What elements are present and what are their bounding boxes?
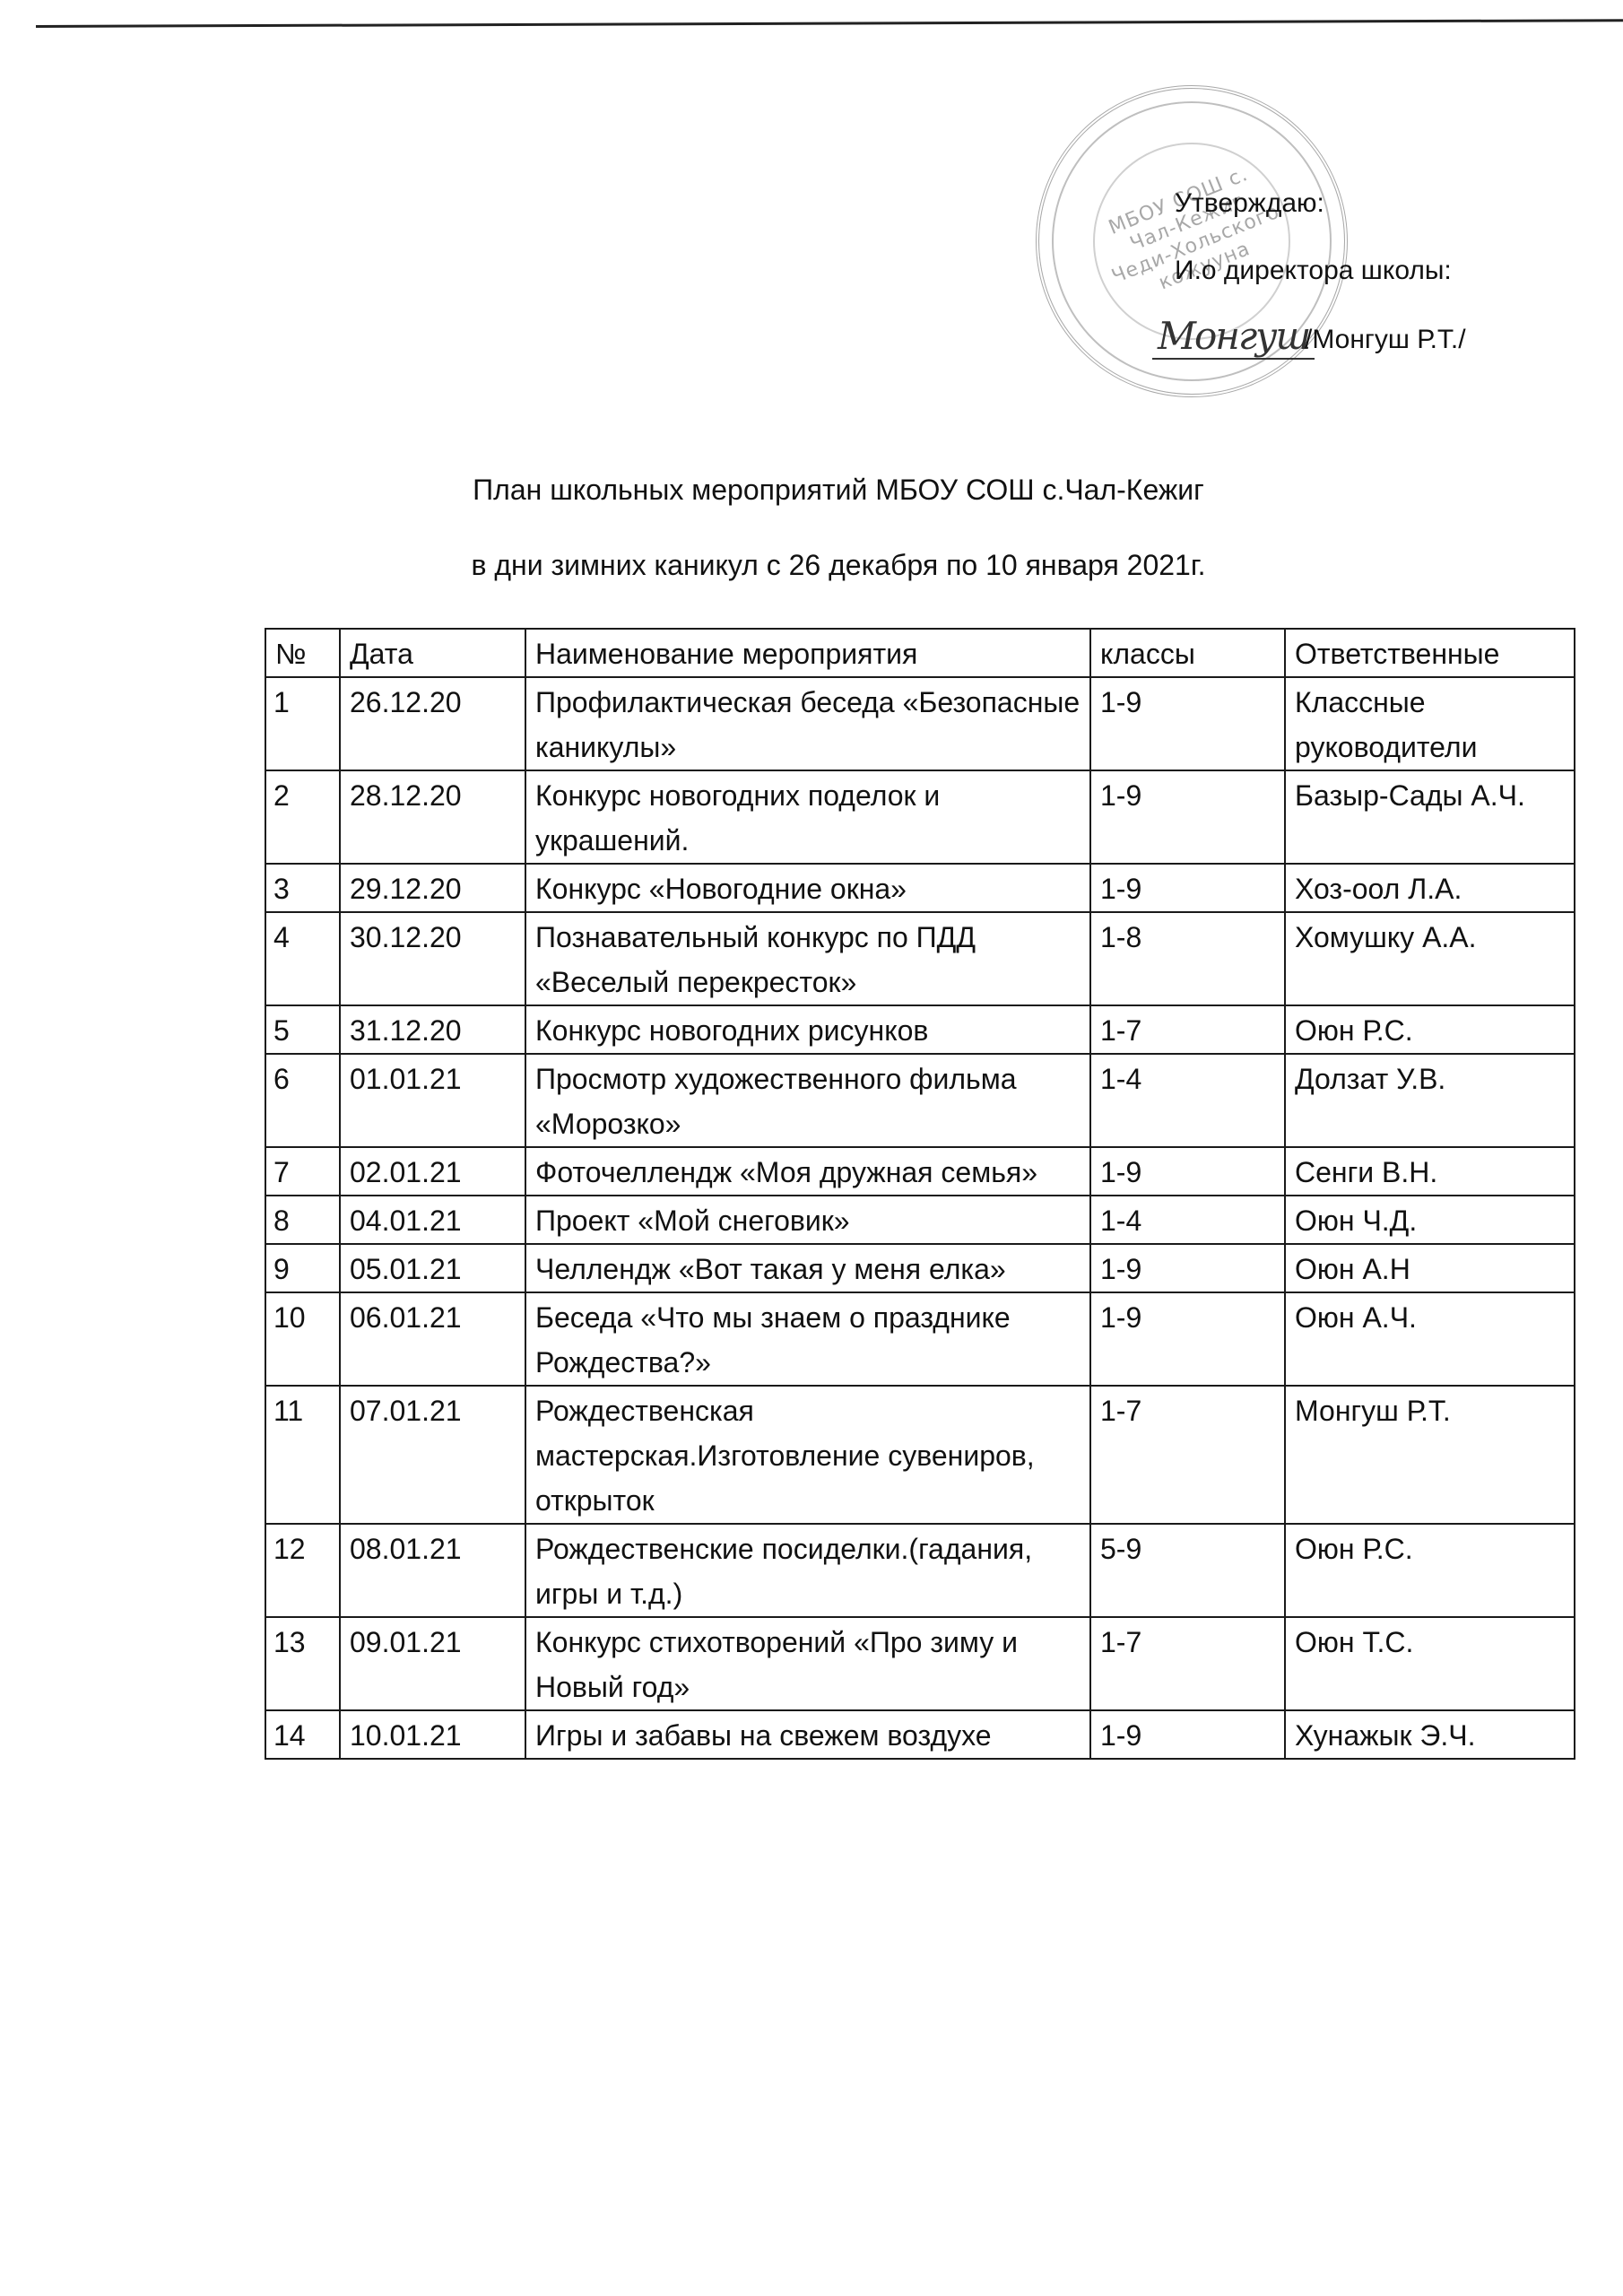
row-event-name: Профилактическая беседа «Безопасные кани… — [525, 677, 1090, 770]
signer-name: /Монгуш Р.Т./ — [1305, 325, 1466, 355]
table-row: 1006.01.21Беседа «Что мы знаем о праздни… — [265, 1292, 1575, 1386]
table-row: 1309.01.21Конкурс стихотворений «Про зим… — [265, 1617, 1575, 1710]
row-responsible: Оюн А.Н — [1285, 1244, 1575, 1292]
row-date: 31.12.20 — [340, 1005, 525, 1054]
row-event-name: Конкурс «Новогодние окна» — [525, 864, 1090, 912]
row-date: 08.01.21 — [340, 1524, 525, 1617]
row-responsible: Оюн А.Ч. — [1285, 1292, 1575, 1386]
row-classes: 1-9 — [1090, 1710, 1285, 1759]
row-classes: 1-7 — [1090, 1005, 1285, 1054]
table-row: 126.12.20Профилактическая беседа «Безопа… — [265, 677, 1575, 770]
row-date: 10.01.21 — [340, 1710, 525, 1759]
row-number: 14 — [265, 1710, 340, 1759]
row-event-name: Конкурс новогодних поделок и украшений. — [525, 770, 1090, 864]
row-classes: 1-9 — [1090, 677, 1285, 770]
row-number: 3 — [265, 864, 340, 912]
row-event-name: Рождественские посиделки.(гадания, игры … — [525, 1524, 1090, 1617]
row-responsible: Хоз-оол Л.А. — [1285, 864, 1575, 912]
events-table: № Дата Наименование мероприятия классы О… — [265, 628, 1575, 1760]
row-responsible: Долзат У.В. — [1285, 1054, 1575, 1147]
header-classes: классы — [1090, 629, 1285, 677]
row-event-name: Фоточеллендж «Моя дружная семья» — [525, 1147, 1090, 1196]
row-responsible: Базыр-Сады А.Ч. — [1285, 770, 1575, 864]
row-responsible: Хунажык Э.Ч. — [1285, 1710, 1575, 1759]
row-responsible: Сенги В.Н. — [1285, 1147, 1575, 1196]
row-responsible: Классные руководители — [1285, 677, 1575, 770]
row-responsible: Оюн Р.С. — [1285, 1524, 1575, 1617]
row-classes: 5-9 — [1090, 1524, 1285, 1617]
row-event-name: Беседа «Что мы знаем о празднике Рождест… — [525, 1292, 1090, 1386]
row-date: 30.12.20 — [340, 912, 525, 1005]
approval-label: Утверждаю: — [1175, 188, 1324, 219]
table-row: 1410.01.21Игры и забавы на свежем воздух… — [265, 1710, 1575, 1759]
row-number: 12 — [265, 1524, 340, 1617]
row-date: 09.01.21 — [340, 1617, 525, 1710]
row-number: 7 — [265, 1147, 340, 1196]
row-classes: 1-9 — [1090, 770, 1285, 864]
row-event-name: Рождественская мастерская.Изготовление с… — [525, 1386, 1090, 1524]
row-classes: 1-9 — [1090, 1147, 1285, 1196]
row-date: 06.01.21 — [340, 1292, 525, 1386]
row-date: 05.01.21 — [340, 1244, 525, 1292]
row-classes: 1-4 — [1090, 1054, 1285, 1147]
row-responsible: Оюн Ч.Д. — [1285, 1196, 1575, 1244]
row-date: 26.12.20 — [340, 677, 525, 770]
header-responsible: Ответственные — [1285, 629, 1575, 677]
header-event-name: Наименование мероприятия — [525, 629, 1090, 677]
table-row: 601.01.21Просмотр художественного фильма… — [265, 1054, 1575, 1147]
header-date: Дата — [340, 629, 525, 677]
row-date: 28.12.20 — [340, 770, 525, 864]
document-subtitle: в дни зимних каникул с 26 декабря по 10 … — [27, 549, 1623, 582]
row-number: 1 — [265, 677, 340, 770]
stamp-text: МБОУ СОШ с. Чал-Кежиг Чеди-Хольского кож… — [1091, 157, 1292, 310]
row-classes: 1-9 — [1090, 1292, 1285, 1386]
row-event-name: Челлендж «Вот такая у меня елка» — [525, 1244, 1090, 1292]
signature: Монгуш — [1152, 314, 1315, 360]
row-classes: 1-9 — [1090, 864, 1285, 912]
table-row: 905.01.21Челлендж «Вот такая у меня елка… — [265, 1244, 1575, 1292]
row-classes: 1-9 — [1090, 1244, 1285, 1292]
row-number: 5 — [265, 1005, 340, 1054]
row-number: 10 — [265, 1292, 340, 1386]
row-number: 13 — [265, 1617, 340, 1710]
row-event-name: Познавательный конкурс по ПДД «Веселый п… — [525, 912, 1090, 1005]
row-event-name: Конкурс новогодних рисунков — [525, 1005, 1090, 1054]
row-classes: 1-7 — [1090, 1617, 1285, 1710]
table-row: 702.01.21Фоточеллендж «Моя дружная семья… — [265, 1147, 1575, 1196]
table-row: 531.12.20Конкурс новогодних рисунков1-7О… — [265, 1005, 1575, 1054]
row-number: 9 — [265, 1244, 340, 1292]
row-date: 04.01.21 — [340, 1196, 525, 1244]
row-date: 01.01.21 — [340, 1054, 525, 1147]
row-classes: 1-8 — [1090, 912, 1285, 1005]
row-number: 11 — [265, 1386, 340, 1524]
approver-role: И.о директора школы: — [1175, 256, 1452, 286]
row-date: 02.01.21 — [340, 1147, 525, 1196]
table-row: 228.12.20Конкурс новогодних поделок и ук… — [265, 770, 1575, 864]
row-classes: 1-4 — [1090, 1196, 1285, 1244]
row-responsible: Оюн Р.С. — [1285, 1005, 1575, 1054]
row-number: 4 — [265, 912, 340, 1005]
row-date: 29.12.20 — [340, 864, 525, 912]
row-responsible: Монгуш Р.Т. — [1285, 1386, 1575, 1524]
row-number: 2 — [265, 770, 340, 864]
row-classes: 1-7 — [1090, 1386, 1285, 1524]
header-number: № — [265, 629, 340, 677]
row-number: 6 — [265, 1054, 340, 1147]
row-event-name: Проект «Мой снеговик» — [525, 1196, 1090, 1244]
row-number: 8 — [265, 1196, 340, 1244]
table-header-row: № Дата Наименование мероприятия классы О… — [265, 629, 1575, 677]
row-event-name: Просмотр художественного фильма «Морозко… — [525, 1054, 1090, 1147]
row-date: 07.01.21 — [340, 1386, 525, 1524]
row-event-name: Игры и забавы на свежем воздухе — [525, 1710, 1090, 1759]
row-event-name: Конкурс стихотворений «Про зиму и Новый … — [525, 1617, 1090, 1710]
table-row: 329.12.20Конкурс «Новогодние окна»1-9Хоз… — [265, 864, 1575, 912]
document-title: План школьных мероприятий МБОУ СОШ с.Чал… — [27, 474, 1623, 507]
top-scan-line — [36, 19, 1623, 28]
table-row: 430.12.20Познавательный конкурс по ПДД «… — [265, 912, 1575, 1005]
row-responsible: Оюн Т.С. — [1285, 1617, 1575, 1710]
table-row: 1107.01.21Рождественская мастерская.Изго… — [265, 1386, 1575, 1524]
table-row: 1208.01.21Рождественские посиделки.(гада… — [265, 1524, 1575, 1617]
table-row: 804.01.21Проект «Мой снеговик»1-4Оюн Ч.Д… — [265, 1196, 1575, 1244]
row-responsible: Хомушку А.А. — [1285, 912, 1575, 1005]
